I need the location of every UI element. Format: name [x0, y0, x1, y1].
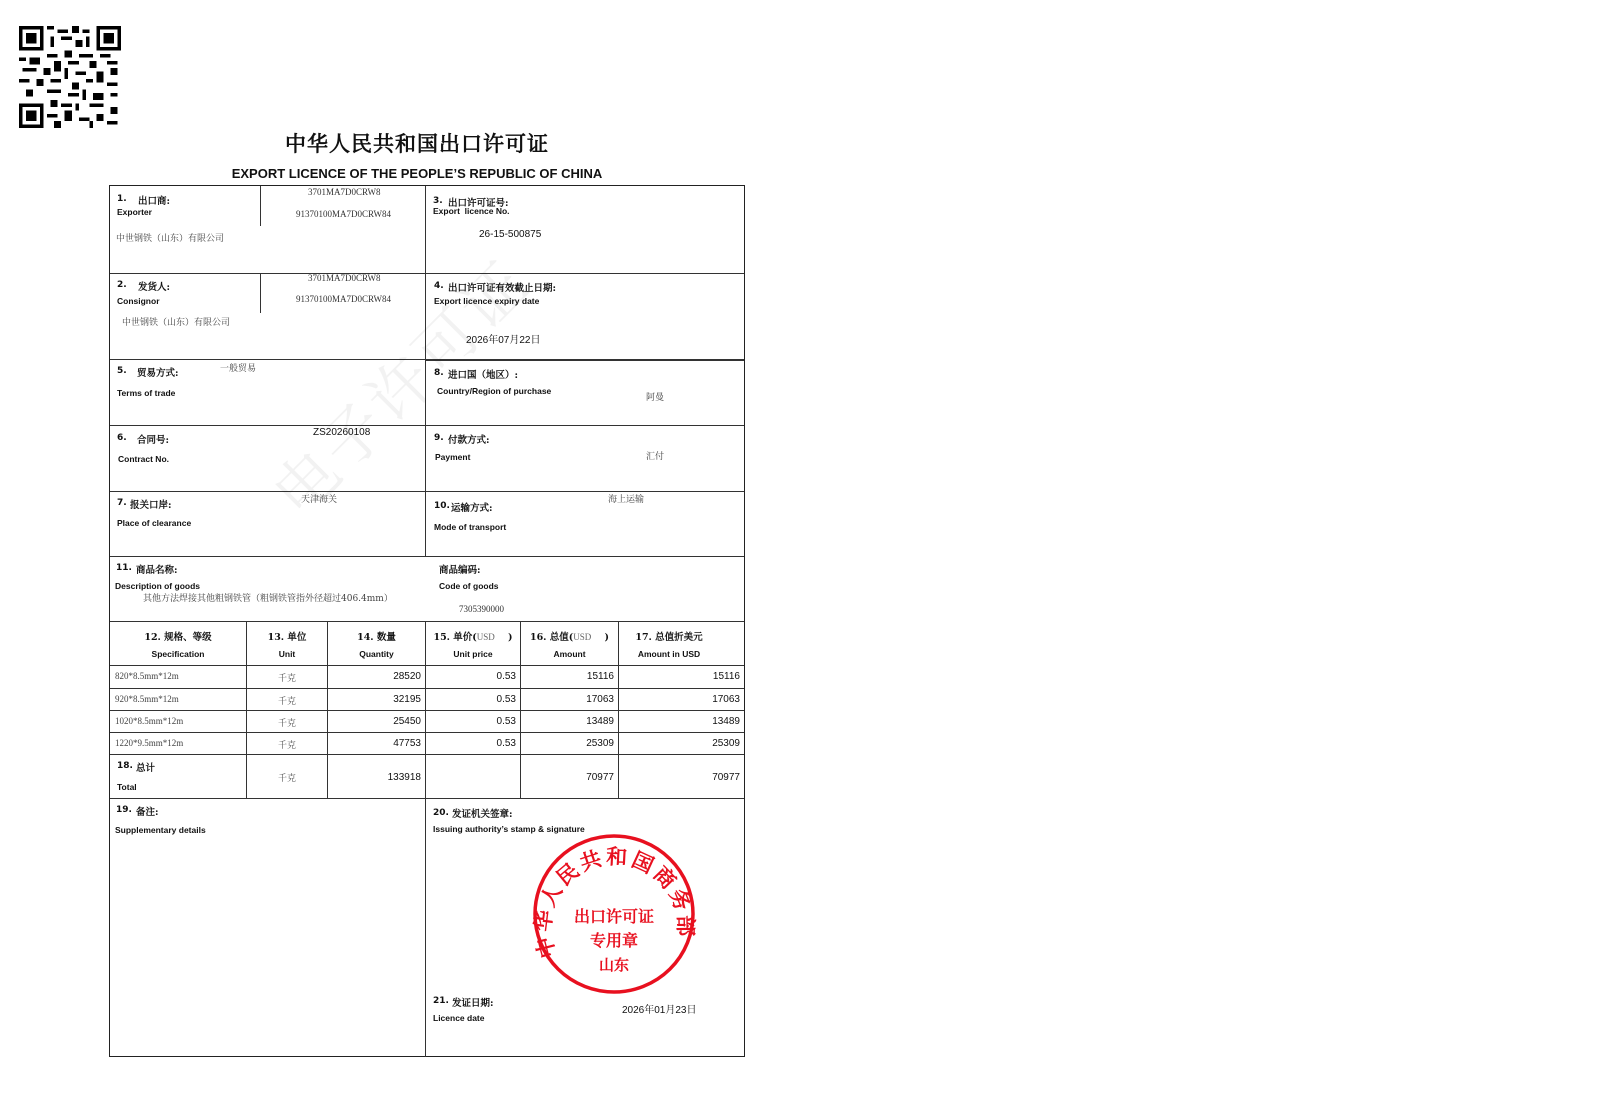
column-header-amount-usd: 17. 总值折美元Amount in USD	[619, 629, 719, 659]
field-number: 20.	[433, 808, 449, 818]
total-amount-usd: 70977	[619, 772, 740, 783]
cell-unit: 千克	[247, 671, 327, 684]
cell-specification: 920*8.5mm*12m	[115, 694, 245, 704]
cell-specification: 1020*8.5mm*12m	[115, 716, 245, 726]
field-number: 7.	[117, 498, 127, 508]
clearance-label-en: Place of clearance	[117, 518, 191, 528]
cell-quantity: 32195	[328, 694, 421, 705]
cell-amount-usd: 13489	[619, 716, 740, 727]
cell-specification: 1220*9.5mm*12m	[115, 738, 245, 748]
official-seal-icon: 中华人民共和国商务部 出口许可证 专用章 山东	[531, 832, 697, 996]
cell-unit: 千克	[247, 738, 327, 751]
field-number: 21.	[433, 996, 449, 1006]
licence-date-value: 2026年01月23日	[622, 1001, 697, 1016]
payment-value: 汇付	[646, 449, 664, 462]
svg-text:出口许可证: 出口许可证	[574, 907, 654, 926]
column-header-quantity: 14. 数量Quantity	[328, 629, 425, 659]
authority-label-cn: 发证机关签章:	[452, 806, 513, 820]
document-title-cn: 中华人民共和国出口许可证	[0, 128, 834, 158]
consignor-name: 中世钢铁（山东）有限公司	[122, 315, 230, 328]
goods-code-value: 7305390000	[459, 604, 504, 614]
exporter-label-cn: 出口商:	[138, 193, 170, 207]
exporter-label-en: Exporter	[117, 207, 152, 217]
transport-label-en: Mode of transport	[434, 522, 506, 532]
country-label-en: Country/Region of purchase	[437, 386, 551, 396]
licence-no-label-en: Export licence No.	[433, 206, 510, 216]
clearance-value: 天津海关	[301, 492, 337, 505]
clearance-label-cn: 报关口岸:	[130, 497, 172, 511]
exporter-code-short: 3701MA7D0CRW8	[308, 187, 381, 197]
goods-code-label-cn: 商品编码:	[439, 562, 481, 576]
total-label-en: Total	[117, 782, 137, 792]
svg-text:专用章: 专用章	[590, 931, 638, 950]
payment-label-en: Payment	[435, 452, 470, 462]
cell-amount-usd: 15116	[619, 671, 740, 682]
expiry-date-value: 2026年07月22日	[466, 331, 541, 346]
total-label-cn: 总计	[136, 760, 155, 774]
cell-unit-price: 0.53	[426, 716, 516, 727]
field-number: 9.	[434, 433, 444, 443]
exporter-credit-code: 91370100MA7D0CRW84	[296, 209, 391, 219]
expiry-label-cn: 出口许可证有效截止日期:	[448, 280, 556, 294]
field-number: 2.	[117, 280, 127, 290]
total-amount: 70977	[521, 772, 614, 783]
field-number: 18.	[117, 761, 133, 771]
cell-amount-usd: 17063	[619, 694, 740, 705]
qr-code-icon	[19, 26, 121, 128]
field-number: 6.	[117, 433, 127, 443]
goods-code-label-en: Code of goods	[439, 581, 499, 591]
cell-amount-usd: 25309	[619, 738, 740, 749]
cell-quantity: 47753	[328, 738, 421, 749]
contract-no-value: ZS20260108	[313, 427, 370, 438]
goods-label-en: Description of goods	[115, 581, 200, 591]
cell-amount: 15116	[521, 671, 614, 682]
remarks-label-cn: 备注:	[136, 804, 159, 818]
exporter-name: 中世钢铁（山东）有限公司	[116, 231, 224, 244]
terms-label-en: Terms of trade	[117, 388, 175, 398]
licence-date-label-en: Licence date	[433, 1013, 485, 1023]
field-number: 4.	[434, 281, 444, 291]
cell-unit: 千克	[247, 716, 327, 729]
total-unit: 千克	[247, 771, 327, 784]
transport-value: 海上运输	[608, 492, 644, 505]
field-number: 5.	[117, 366, 127, 376]
country-value: 阿曼	[646, 390, 664, 403]
licence-date-label-cn: 发证日期:	[452, 995, 494, 1009]
cell-unit-price: 0.53	[426, 671, 516, 682]
remarks-label-en: Supplementary details	[115, 825, 206, 835]
goods-label-cn: 商品名称:	[136, 562, 178, 576]
transport-label-cn: 运输方式:	[451, 500, 493, 514]
field-number: 11.	[116, 563, 132, 573]
consignor-label-en: Consignor	[117, 296, 160, 306]
cell-unit: 千克	[247, 694, 327, 707]
field-number: 10.	[434, 501, 450, 511]
goods-description: 其他方法焊接其他粗钢铁管（粗钢铁管指外径超过406.4mm）	[143, 591, 393, 604]
column-header-specification: 12. 规格、等级Specification	[110, 629, 246, 659]
cell-amount: 13489	[521, 716, 614, 727]
field-number: 8.	[434, 368, 444, 378]
column-header-unit: 13. 单位Unit	[247, 629, 327, 659]
cell-quantity: 28520	[328, 671, 421, 682]
expiry-label-en: Export licence expiry date	[434, 296, 539, 306]
consignor-label-cn: 发货人:	[138, 279, 170, 293]
cell-amount: 17063	[521, 694, 614, 705]
terms-value: 一般贸易	[220, 361, 256, 374]
field-number: 19.	[116, 805, 132, 815]
cell-quantity: 25450	[328, 716, 421, 727]
consignor-code-short: 3701MA7D0CRW8	[308, 273, 381, 283]
contract-label-cn: 合同号:	[137, 432, 169, 446]
consignor-credit-code: 91370100MA7D0CRW84	[296, 294, 391, 304]
field-number: 3.	[433, 196, 443, 206]
contract-label-en: Contract No.	[118, 454, 169, 464]
country-label-cn: 进口国（地区）:	[448, 367, 518, 381]
column-header-amount: 16. 总值(USD ) Amount	[521, 629, 618, 659]
field-number: 1.	[117, 194, 127, 204]
svg-text:山东: 山东	[599, 956, 629, 974]
total-quantity: 133918	[328, 772, 421, 783]
cell-amount: 25309	[521, 738, 614, 749]
cell-unit-price: 0.53	[426, 738, 516, 749]
payment-label-cn: 付款方式:	[448, 432, 490, 446]
cell-specification: 820*8.5mm*12m	[115, 671, 245, 681]
column-header-unit-price: 15. 单价(USD ) Unit price	[426, 629, 520, 659]
terms-label-cn: 贸易方式:	[137, 365, 179, 379]
licence-no-value: 26-15-500875	[479, 229, 541, 240]
document-title-en: EXPORT LICENCE OF THE PEOPLE’S REPUBLIC …	[0, 166, 834, 181]
cell-unit-price: 0.53	[426, 694, 516, 705]
